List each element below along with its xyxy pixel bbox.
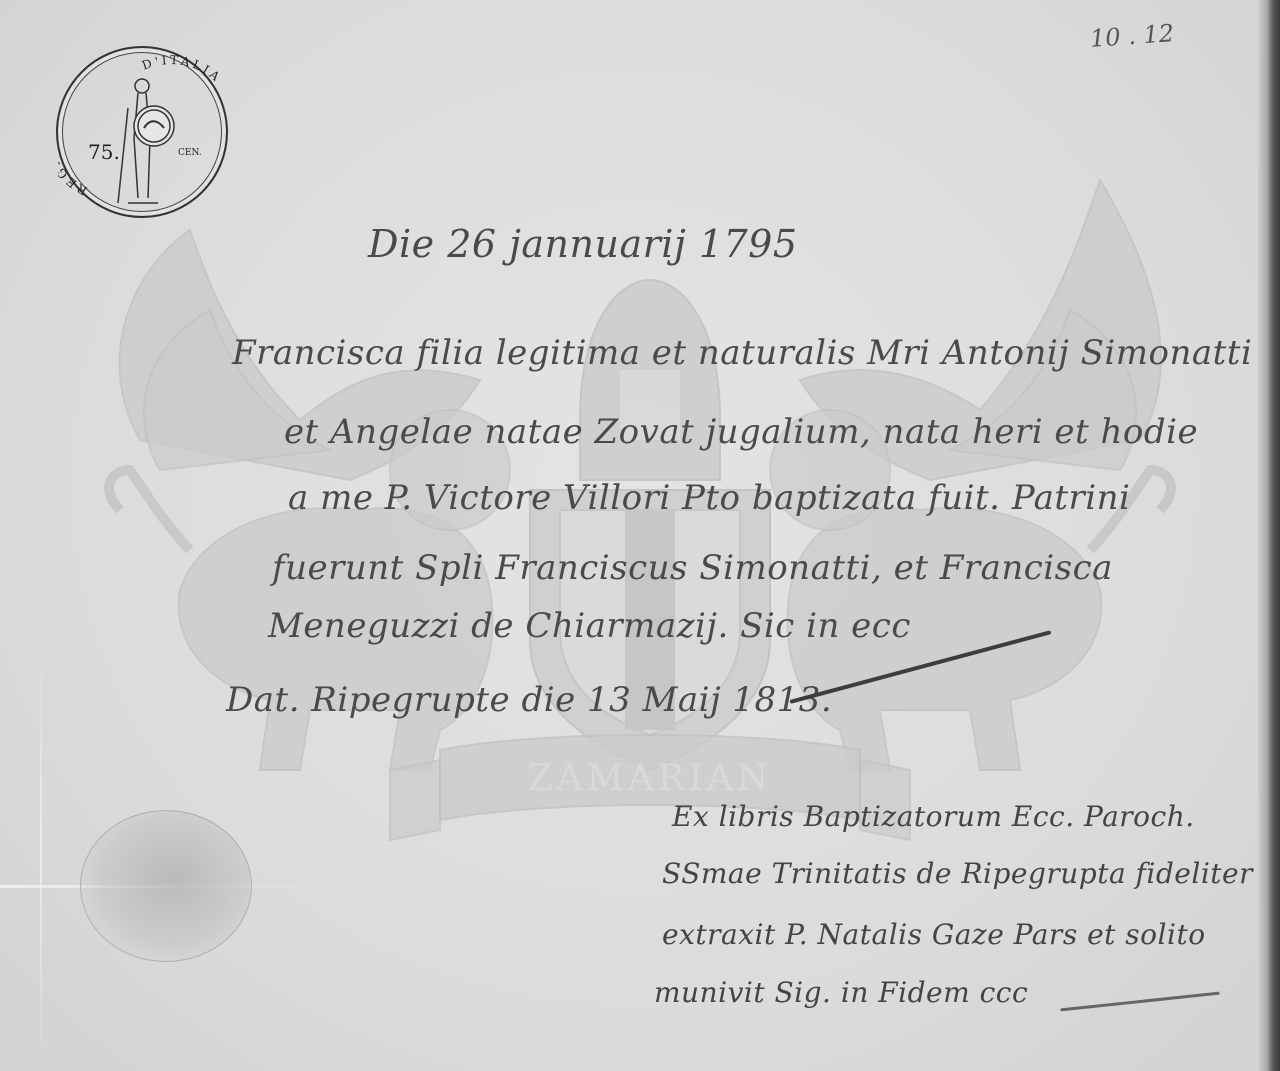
folio-mark: 10 . 12 <box>1089 19 1175 53</box>
record-date: Die 26 jannuarij 1795 <box>368 222 798 266</box>
certification-line-4: munivit Sig. in Fidem ccc <box>654 976 1028 1009</box>
watermark-label: ZAMARIAN <box>528 758 773 799</box>
svg-text:D'ITALIA: D'ITALIA <box>140 53 224 86</box>
record-line-2: et Angelae natae Zovat jugalium, nata he… <box>284 412 1198 452</box>
record-line-1: Francisca filia legitima et naturalis Mr… <box>232 333 1252 373</box>
record-line-5: Meneguzzi de Chiarmazij. Sic in ecc <box>268 606 911 646</box>
watermark-crest-icon: ZAMARIAN <box>60 170 1220 870</box>
record-line-4: fuerunt Spli Franciscus Simonatti, et Fr… <box>272 548 1113 588</box>
certification-line-2: SSmae Trinitatis de Ripegrupta fideliter <box>662 857 1253 890</box>
stamp-unit: CEN. <box>178 148 202 158</box>
certification-line-3: extraxit P. Natalis Gaze Pars et solito <box>662 918 1206 951</box>
paper-edge-shadow <box>1258 0 1280 1071</box>
record-line-3: a me P. Victore Villori Pto baptizata fu… <box>288 478 1130 518</box>
certification-line-1: Ex libris Baptizatorum Ecc. Paroch. <box>672 800 1195 833</box>
issue-date-line: Dat. Ripegrupte die 13 Maij 1813. <box>226 680 832 720</box>
stamp-value: 75. <box>88 140 120 164</box>
paper-fold-vertical <box>40 640 42 1071</box>
soldier-with-shield-icon: REGNO D'ITALIA <box>58 48 226 216</box>
svg-text:REGNO: REGNO <box>58 139 89 197</box>
revenue-stamp: REGNO D'ITALIA 75. CEN. <box>56 46 228 218</box>
wax-seal-impression <box>80 810 252 962</box>
